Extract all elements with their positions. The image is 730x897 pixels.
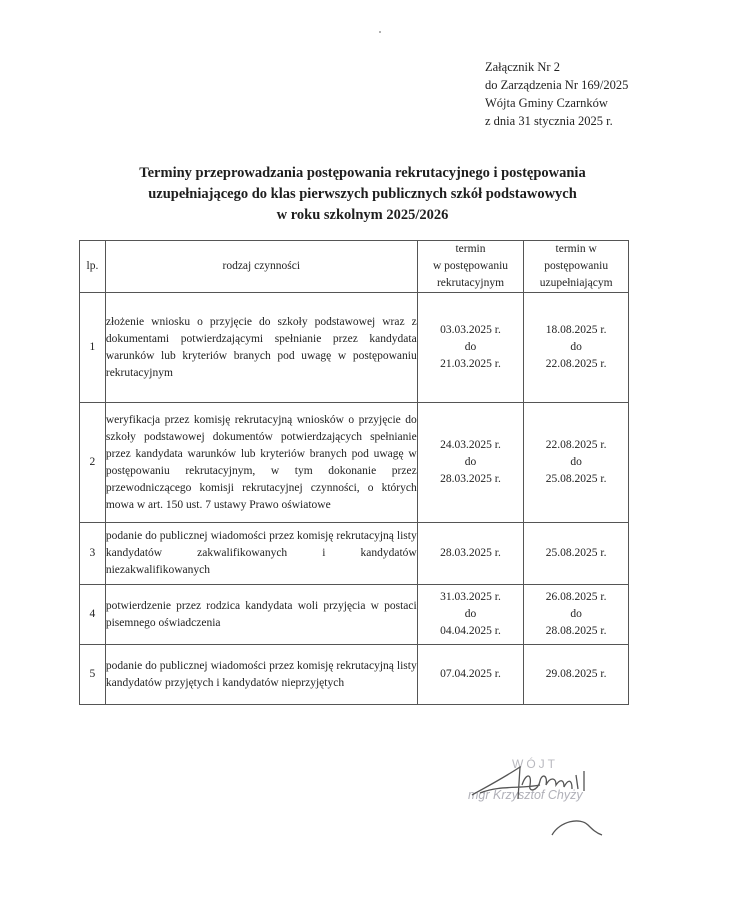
annex-line: z dnia 31 stycznia 2025 r. <box>485 112 628 130</box>
date-line: 07.04.2025 r. <box>418 666 524 683</box>
date-line: do <box>418 454 524 471</box>
recruitment-date-range: 31.03.2025 r.do04.04.2025 r. <box>417 585 524 645</box>
row-number: 5 <box>80 645 106 705</box>
activity-description: podanie do publicznej wiadomości przez k… <box>105 523 417 585</box>
header-activity: rodzaj czynności <box>105 241 417 293</box>
table-row: 5podanie do publicznej wiadomości przez … <box>80 645 629 705</box>
row-number: 1 <box>80 293 106 403</box>
header-supplementary: termin w postępowaniu uzupełniającym <box>524 241 629 293</box>
activity-description: potwierdzenie przez rodzica kandydata wo… <box>105 585 417 645</box>
table-row: 3podanie do publicznej wiadomości przez … <box>80 523 629 585</box>
date-line: 29.08.2025 r. <box>524 666 628 683</box>
date-line: 28.03.2025 r. <box>418 471 524 488</box>
date-line: do <box>418 339 524 356</box>
table-header-row: lp. rodzaj czynności termin w postępowan… <box>80 241 629 293</box>
activity-description: złożenie wniosku o przyjęcie do szkoły p… <box>105 293 417 403</box>
row-number: 4 <box>80 585 106 645</box>
recruitment-date-range: 28.03.2025 r. <box>417 523 524 585</box>
supplementary-date-range: 22.08.2025 r.do25.08.2025 r. <box>524 403 629 523</box>
date-line: 04.04.2025 r. <box>418 623 524 640</box>
date-line: 03.03.2025 r. <box>418 322 524 339</box>
annex-reference: Załącznik Nr 2 do Zarządzenia Nr 169/202… <box>485 58 628 130</box>
date-line: do <box>524 606 628 623</box>
date-line: 25.08.2025 r. <box>524 545 628 562</box>
scan-speck <box>379 31 381 33</box>
date-line: 26.08.2025 r. <box>524 589 628 606</box>
date-line: 25.08.2025 r. <box>524 471 628 488</box>
row-number: 2 <box>80 403 106 523</box>
annex-line: Załącznik Nr 2 <box>485 58 628 76</box>
table-row: 4potwierdzenie przez rodzica kandydata w… <box>80 585 629 645</box>
activity-description: podanie do publicznej wiadomości przez k… <box>105 645 417 705</box>
date-line: 21.03.2025 r. <box>418 356 524 373</box>
supplementary-date-range: 18.08.2025 r.do22.08.2025 r. <box>524 293 629 403</box>
date-line: 18.08.2025 r. <box>524 322 628 339</box>
header-lp: lp. <box>80 241 106 293</box>
date-line: 28.03.2025 r. <box>418 545 524 562</box>
handwritten-signature-icon <box>460 755 630 845</box>
recruitment-date-range: 07.04.2025 r. <box>417 645 524 705</box>
header-recruitment: termin w postępowaniu rekrutacyjnym <box>417 241 524 293</box>
annex-line: do Zarządzenia Nr 169/2025 <box>485 76 628 94</box>
title-line: w roku szkolnym 2025/2026 <box>80 205 645 226</box>
row-number: 3 <box>80 523 106 585</box>
supplementary-date-range: 26.08.2025 r.do28.08.2025 r. <box>524 585 629 645</box>
date-line: 22.08.2025 r. <box>524 437 628 454</box>
date-line: do <box>524 339 628 356</box>
annex-line: Wójta Gminy Czarnków <box>485 94 628 112</box>
signature-block: WÓJT mgr Krzysztof Chyży <box>460 755 630 845</box>
date-line: 22.08.2025 r. <box>524 356 628 373</box>
recruitment-date-range: 03.03.2025 r.do21.03.2025 r. <box>417 293 524 403</box>
activity-description: weryfikacja przez komisję rekrutacyjną w… <box>105 403 417 523</box>
date-line: 31.03.2025 r. <box>418 589 524 606</box>
date-line: do <box>418 606 524 623</box>
table-row: 2weryfikacja przez komisję rekrutacyjną … <box>80 403 629 523</box>
title-line: uzupełniającego do klas pierwszych publi… <box>80 184 645 205</box>
supplementary-date-range: 29.08.2025 r. <box>524 645 629 705</box>
document-title: Terminy przeprowadzania postępowania rek… <box>80 163 645 226</box>
title-line: Terminy przeprowadzania postępowania rek… <box>80 163 645 184</box>
recruitment-date-range: 24.03.2025 r.do28.03.2025 r. <box>417 403 524 523</box>
date-line: 24.03.2025 r. <box>418 437 524 454</box>
schedule-table: lp. rodzaj czynności termin w postępowan… <box>79 240 629 705</box>
date-line: do <box>524 454 628 471</box>
supplementary-date-range: 25.08.2025 r. <box>524 523 629 585</box>
date-line: 28.08.2025 r. <box>524 623 628 640</box>
table-row: 1złożenie wniosku o przyjęcie do szkoły … <box>80 293 629 403</box>
